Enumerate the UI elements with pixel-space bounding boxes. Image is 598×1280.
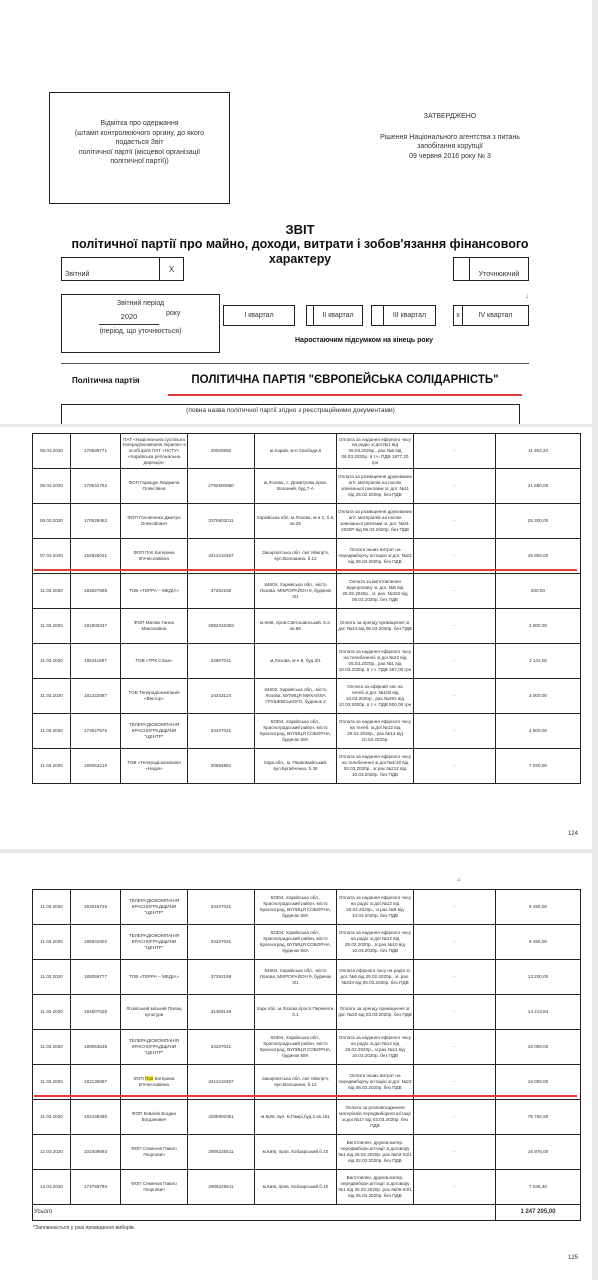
cell-purpose: Оплата за надання ефірного часу на телеб… — [337, 714, 414, 749]
cell-amount: 16 000,00 — [496, 1030, 581, 1065]
cell-doc: 173527576 — [71, 714, 121, 749]
cell-amount: 25 300,00 — [496, 504, 581, 539]
cell-address: Харк.обл, м.Лозова,просп.Перемоги, б.1 — [255, 995, 337, 1030]
cell-code: 40020682 — [188, 434, 255, 469]
cell-date: 11.03.2020 — [33, 1100, 71, 1135]
cell-amount: 75 762,50 — [496, 1100, 581, 1135]
cumulative-note: Наростаючим підсумком на кінець року — [295, 337, 433, 344]
expenses-page-124: 06.03.2020170639771ПАТ «Національна сусп… — [0, 427, 592, 849]
cell-recipient: ПАТ «Національна суспільна телерадіокомп… — [121, 434, 188, 469]
total-row: Усього1 247 205,00 — [33, 1205, 581, 1221]
period-note: (період, що уточнюється) — [62, 328, 219, 335]
cell-amount: 2 142,00 — [496, 644, 581, 679]
cell-code: 24343124 — [188, 679, 255, 714]
cell-doc: 185831002 — [71, 925, 121, 960]
footnote: *Заповнюється у разі проведення виборів. — [33, 1225, 135, 1231]
cell-date: 11.03.2020 — [33, 925, 71, 960]
quarter-4-mark: x — [456, 312, 460, 319]
cell-code: 34237021 — [188, 1030, 255, 1065]
reporting-checkbox[interactable]: X — [159, 257, 184, 281]
reporting-period-box: Звітний період 2020 року (період, що уто… — [61, 294, 220, 353]
approval-block: ЗАТВЕРДЖЕНО Рішення Національного агентс… — [350, 112, 550, 161]
cell-date: 11.03.2020 — [33, 714, 71, 749]
table-row: 11.03.2020184827686ТОВ «ТЕРРА – МЕДІА»37… — [33, 574, 581, 609]
cell-address: м.Київ, пров. Кобзарський,б.10 — [255, 1135, 337, 1170]
annotation-mark: ↓ — [525, 291, 529, 300]
cell-recipient: Лозівський міський Палац культури — [121, 995, 188, 1030]
quarter-2-box[interactable]: ІІ квартал — [313, 305, 363, 326]
cell-address: 64604, Харківська обл., місто Лозова, МІ… — [255, 960, 337, 995]
party-label: Політична партія — [72, 376, 140, 385]
reporting-type-label-box: Звітний — [61, 257, 160, 281]
cell-elections: - — [414, 1030, 496, 1065]
cell-address: Харк.обл., м. Первомайський, вул.Бугайче… — [255, 749, 337, 784]
cell-address: м.Лозова, с. Домитрова,пров. Вогшний, бу… — [255, 469, 337, 504]
table-row: 11.03.2020184607628Лозівський міський Па… — [33, 995, 581, 1030]
cell-date: 06.03.2020 — [33, 504, 71, 539]
cell-purpose: Оплата за надання ефірного часу на телеб… — [337, 749, 414, 784]
table-row: 11.03.2020185053219ТОВ «Телерадіокомпані… — [33, 749, 581, 784]
cell-code: 37292169 — [188, 960, 255, 995]
cell-elections: - — [414, 960, 496, 995]
receipt-stamp-box: Відмітка про одержання (штамп контролююч… — [49, 92, 230, 204]
cell-code: 2906225511 — [188, 1135, 255, 1170]
cell-amount: 9 456,00 — [496, 890, 581, 925]
cell-purpose: Виготовлен. друков.матер. передвиборн.аг… — [337, 1135, 414, 1170]
cell-code: 34237021 — [188, 925, 255, 960]
period-year: 2020 — [99, 312, 159, 325]
stamp-line: політичної партії (місцевої організації — [50, 148, 229, 158]
quarter-4-box[interactable]: IV квартал — [462, 305, 529, 326]
cell-address: м.Харків, м-н Свободи,5 — [255, 434, 337, 469]
clarifying-label-box: Уточнюючий — [469, 257, 529, 281]
cell-amount: 16 975,00 — [496, 1135, 581, 1170]
cell-amount: 500,00 — [496, 574, 581, 609]
cell-purpose: Оплата за надання ефірного часу на телеб… — [337, 644, 414, 679]
cell-elections: - — [414, 1170, 496, 1205]
cell-address: м.Лозова, м-н 8, буд.3/1 — [255, 644, 337, 679]
cell-address: 63304, Харківська обл., Красноградський … — [255, 1030, 337, 1065]
quarter-3-label: ІІІ квартал — [393, 312, 426, 319]
cell-recipient: ТЕЛЕРАДІОКОМПАНІЯ КРАСНОГРАДЩИНИ "ЦЕНТР" — [121, 925, 188, 960]
cell-date: 11.03.2020 — [33, 995, 71, 1030]
cell-elections: - — [414, 679, 496, 714]
cell-purpose: Оплата за надання ефірного часу на радіо… — [337, 1030, 414, 1065]
quarter-1-label: І квартал — [244, 312, 273, 319]
cell-elections: - — [414, 434, 496, 469]
cell-recipient: ФОП Гарищук Людмила Олексіївна — [121, 469, 188, 504]
cell-address: 64604, Харківська обл., місто Лозова, МІ… — [255, 574, 337, 609]
cell-code: 34237021 — [188, 714, 255, 749]
table-row: 13.03.2020174758793ФОП Семенов Павло Гео… — [33, 1170, 581, 1205]
table-row: 11.03.2020181900347ФОП Малюк Ганна Микол… — [33, 609, 581, 644]
cell-doc: 181322087 — [71, 679, 121, 714]
row-red-underline — [34, 569, 577, 571]
cell-address: м.Київ, вул. Б.Гмирі,буд.2 кв.161 — [255, 1100, 337, 1135]
cell-elections: - — [414, 1135, 496, 1170]
cell-purpose: Оплата за надання ефірного часу на радіо… — [337, 890, 414, 925]
quarter-4-label: IV квартал — [479, 312, 513, 319]
table-row: 12.03.2020102409693ФОП Семенов Павло Гео… — [33, 1135, 581, 1170]
cell-purpose: Оплата за розміщення друкованих агіт. ма… — [337, 504, 414, 539]
cell-doc: 181900347 — [71, 609, 121, 644]
cell-code: 30894951 — [188, 749, 255, 784]
cell-doc: 184827686 — [71, 574, 121, 609]
cell-elections: - — [414, 609, 496, 644]
cell-amount: 14 213,84 — [496, 995, 581, 1030]
cell-elections: - — [414, 469, 496, 504]
report-title-main: ЗВІТ — [40, 222, 560, 237]
table-row: 11.03.2020185831002ТЕЛЕРАДІОКОМПАНІЯ КРА… — [33, 925, 581, 960]
cell-doc: 102409693 — [71, 1135, 121, 1170]
cell-recipient: ТЕЛЕРАДІОКОМПАНІЯ КРАСНОГРАДЩИНИ "ЦЕНТР" — [121, 714, 188, 749]
cell-purpose: Оплата за оренду приміщення зг. дог. №20… — [337, 995, 414, 1030]
approval-line: Рішення Національного агентства з питань — [350, 133, 550, 143]
cell-amount: 2 000,00 — [496, 609, 581, 644]
cell-address: м.Київ, пров.Святошинський, 6.2, кв.86 — [255, 609, 337, 644]
table-row: 11.03.2020185311997ТОВ «ТРК Сігма»226870… — [33, 644, 581, 679]
quarter-3-box[interactable]: ІІІ квартал — [383, 305, 436, 326]
cell-doc: 185053219 — [71, 749, 121, 784]
cell-date: 06.03.2020 — [33, 434, 71, 469]
stamp-line: подається Звіт — [50, 138, 229, 148]
cell-recipient: ФОП Ковалів Богдан Богданович — [121, 1100, 188, 1135]
table-row: 06.03.2020170639771ПАТ «Національна сусп… — [33, 434, 581, 469]
cell-code: 34237021 — [188, 890, 255, 925]
table-row: 11.03.2020190053635ТЕЛЕРАДІОКОМПАНІЯ КРА… — [33, 1030, 581, 1065]
cell-code: 3285902051 — [188, 1100, 255, 1135]
expenses-table: 06.03.2020170639771ПАТ «Національна сусп… — [32, 433, 581, 784]
page-number: 124 — [568, 831, 578, 837]
cell-code: 31359149 — [188, 995, 255, 1030]
cell-amount: 11 263,20 — [496, 434, 581, 469]
total-value: 1 247 205,00 — [496, 1205, 581, 1221]
cell-purpose: Оплата за надання ефірного часу на радіо… — [337, 434, 414, 469]
cell-amount: 9 456,00 — [496, 925, 581, 960]
cell-elections: - — [414, 890, 496, 925]
cell-code: 3376602011 — [188, 504, 255, 539]
cell-recipient: ФОП Семенов Павло Георгович — [121, 1135, 188, 1170]
report-header-page: Відмітка про одержання (штамп контролююч… — [0, 0, 592, 424]
cell-amount: 21 690,00 — [496, 469, 581, 504]
cell-elections: - — [414, 504, 496, 539]
page-number: 125 — [568, 1255, 578, 1261]
approval-line: 09 червня 2016 року № 3 — [350, 152, 550, 162]
annotation-mark: ▵ — [457, 875, 461, 883]
cell-date: 11.03.2020 — [33, 609, 71, 644]
cell-code: 2792500880 — [188, 469, 255, 504]
cell-purpose: Виготовлен. друков.матер. передвиборн.аг… — [337, 1170, 414, 1205]
clarifying-label: Уточнюючий — [479, 271, 520, 278]
period-label: Звітний період — [62, 300, 219, 307]
cell-recipient: ФОП Головченко Дмитро Олексійович — [121, 504, 188, 539]
quarter-1-box[interactable]: І квартал — [223, 305, 295, 326]
cell-doc: 190053635 — [71, 1030, 121, 1065]
cell-elections: - — [414, 574, 496, 609]
table-row: 06.03.2020170542752ФОП Гарищук Людмила О… — [33, 469, 581, 504]
cell-elections: - — [414, 714, 496, 749]
cell-date: 11.03.2020 — [33, 890, 71, 925]
cell-address: Харківська обл. м.Лозова, м-н 2, б.6, кв… — [255, 504, 337, 539]
row-red-underline — [34, 1095, 577, 1097]
table-row: 11.03.2020182448366ФОП Ковалів Богдан Бо… — [33, 1100, 581, 1135]
approval-title: ЗАТВЕРДЖЕНО — [350, 112, 550, 122]
divider — [61, 363, 529, 364]
cell-amount: 3 000,00 — [496, 679, 581, 714]
clarifying-checkbox[interactable] — [453, 257, 470, 281]
cell-elections: - — [414, 925, 496, 960]
cell-date: 06.03.2020 — [33, 469, 71, 504]
cell-date: 11.03.2020 — [33, 960, 71, 995]
expenses-table: 11.03.2020182816729ТЕЛЕРАДІОКОМПАНІЯ КРА… — [32, 889, 581, 1221]
party-name: ПОЛІТИЧНА ПАРТІЯ "ЄВРОПЕЙСЬКА СОЛІДАРНІС… — [165, 374, 525, 386]
cell-purpose: Оплата за виготовлення відеоролику зг. д… — [337, 574, 414, 609]
cell-recipient: ТЕЛЕРАДІОКОМПАНІЯ КРАСНОГРАДЩИНИ "ЦЕНТР" — [121, 890, 188, 925]
expenses-page-125: ▵ 11.03.2020182816729ТЕЛЕРАДІОКОМПАНІЯ К… — [0, 853, 592, 1280]
cell-amount: 4 800,00 — [496, 714, 581, 749]
cell-address: м.Київ, пров. Кобзарський,б.10 — [255, 1170, 337, 1205]
cell-recipient: ФОП Малюк Ганна Миколаївна — [121, 609, 188, 644]
table-row: 11.03.2020182816729ТЕЛЕРАДІОКОМПАНІЯ КРА… — [33, 890, 581, 925]
cell-code: 22687041 — [188, 644, 255, 679]
cell-recipient: ФОП Семенов Павло Георгович — [121, 1170, 188, 1205]
cell-address: 63304, Харківська обл., Красноградський … — [255, 925, 337, 960]
period-year-suffix: року — [166, 310, 180, 317]
cell-date: 11.03.2020 — [33, 749, 71, 784]
cell-doc: 185311997 — [71, 644, 121, 679]
reporting-mark: X — [169, 265, 174, 274]
cell-doc: 170542752 — [71, 469, 121, 504]
cell-recipient: ТЕЛЕРАДІОКОМПАНІЯ КРАСНОГРАДЩИНИ "ЦЕНТР" — [121, 1030, 188, 1065]
cell-amount: 13 200,00 — [496, 960, 581, 995]
cell-amount: 7 045,40 — [496, 1170, 581, 1205]
cell-purpose: Оплата за ефірний час на телеб.зг.дог. №… — [337, 679, 414, 714]
cell-address: 63304, Харківська обл., Красноградський … — [255, 714, 337, 749]
cell-elections: - — [414, 749, 496, 784]
cell-doc: 182816729 — [71, 890, 121, 925]
cell-date: 11.03.2020 — [33, 1030, 71, 1065]
cell-doc: 174758793 — [71, 1170, 121, 1205]
party-note: (повна назва політичної партії згідно з … — [61, 404, 520, 424]
cell-date: 13.03.2020 — [33, 1170, 71, 1205]
cell-doc: 170639771 — [71, 434, 121, 469]
cell-recipient: ТОВ «ТЕРРА – МЕДІА» — [121, 960, 188, 995]
table-row: 11.03.2020173527576ТЕЛЕРАДІОКОМПАНІЯ КРА… — [33, 714, 581, 749]
table-row: 11.03.2020181322087ТОВ Телерадіокомпанія… — [33, 679, 581, 714]
cell-recipient: ТОВ Телерадіокомпанія «Вектор» — [121, 679, 188, 714]
cell-date: 12.03.2020 — [33, 1135, 71, 1170]
highlighted-surname: Поп — [145, 1076, 153, 1081]
cell-doc: 170528482 — [71, 504, 121, 539]
cell-doc: 182448366 — [71, 1100, 121, 1135]
table-row: 06.03.2020170528482ФОП Головченко Дмитро… — [33, 504, 581, 539]
cell-address: 64602, Харківська обл., місто Лозова, ВУ… — [255, 679, 337, 714]
cell-doc: 184607628 — [71, 995, 121, 1030]
cell-purpose: Оплата ефірного часу на радіо зг. дог. №… — [337, 960, 414, 995]
stamp-line: (штамп контролюючого органу, до якого — [50, 129, 229, 139]
total-label: Усього — [33, 1205, 496, 1221]
cell-recipient: ТОВ «Телерадіокомпанія «Надія» — [121, 749, 188, 784]
cell-elections: - — [414, 644, 496, 679]
cell-code: 2082316369 — [188, 609, 255, 644]
cell-purpose: Оплата за розповсюдження матеріалів пере… — [337, 1100, 414, 1135]
stamp-line: Відмітка про одержання — [50, 119, 229, 129]
cell-date: 11.03.2020 — [33, 644, 71, 679]
cell-address: 63304, Харківська обл., Красноградський … — [255, 890, 337, 925]
cell-elections: - — [414, 1100, 496, 1135]
approval-line: запобігання корупції — [350, 142, 550, 152]
table-row: 11.03.2020185059777ТОВ «ТЕРРА – МЕДІА»37… — [33, 960, 581, 995]
cell-doc: 185059777 — [71, 960, 121, 995]
cell-purpose: Оплата за розміщення друкованих агіт. ма… — [337, 469, 414, 504]
cell-code: 2906225511 — [188, 1170, 255, 1205]
reporting-label: Звітний — [65, 271, 89, 278]
cell-amount: 7 020,00 — [496, 749, 581, 784]
cell-date: 11.03.2020 — [33, 574, 71, 609]
cell-purpose: Оплата за оренду приміщення зг. дог. №24… — [337, 609, 414, 644]
cell-date: 11.03.2020 — [33, 679, 71, 714]
cell-recipient: ТОВ «ТЕРРА – МЕДІА» — [121, 574, 188, 609]
stamp-line: політичної партії)) — [50, 157, 229, 167]
cell-code: 37292169 — [188, 574, 255, 609]
cell-recipient: ТОВ «ТРК Сігма» — [121, 644, 188, 679]
quarter-2-label: ІІ квартал — [322, 312, 353, 319]
cell-elections: - — [414, 995, 496, 1030]
cell-purpose: Оплата за надання ефірного часу на радіо… — [337, 925, 414, 960]
party-name-underline — [168, 394, 522, 396]
